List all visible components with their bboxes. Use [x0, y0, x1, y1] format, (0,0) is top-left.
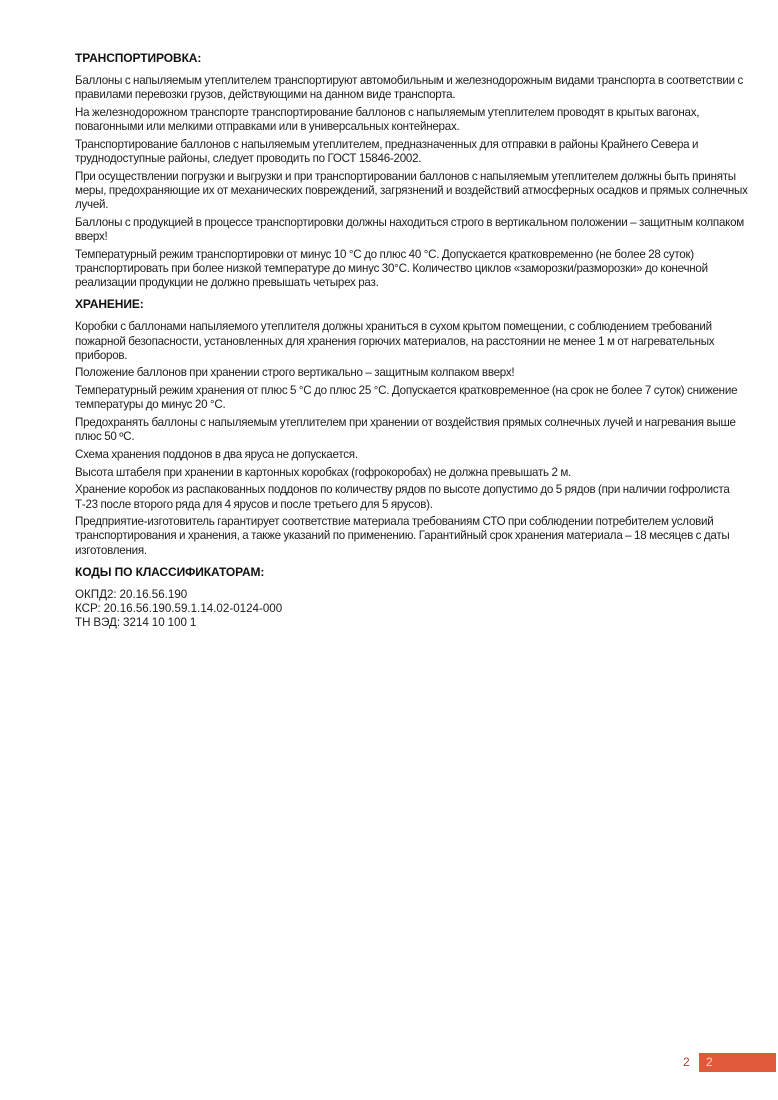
section-heading: КОДЫ ПО КЛАССИФИКАТОРАМ:	[75, 565, 755, 580]
paragraph: Коробки с баллонами напыляемого утеплите…	[75, 320, 755, 363]
paragraph: Транспортирование баллонов с напыляемым …	[75, 138, 755, 166]
code-ksr: КСР: 20.16.56.190.59.1.14.02-0124-000	[75, 602, 755, 616]
page-number-on-bar: 2	[706, 1055, 713, 1069]
paragraph: Предохранять баллоны с напыляемым утепли…	[75, 416, 755, 444]
section-storage: ХРАНЕНИЕ: Коробки с баллонами напыляемог…	[75, 297, 755, 558]
paragraph: Баллоны с напыляемым утеплителем транспо…	[75, 74, 755, 102]
paragraph: Схема хранения поддонов в два яруса не д…	[75, 448, 755, 462]
paragraph: При осуществлении погрузки и выгрузки и …	[75, 170, 755, 213]
code-okpd2: ОКПД2: 20.16.56.190	[75, 588, 755, 602]
paragraph: Предприятие-изготовитель гарантирует соо…	[75, 515, 755, 558]
paragraph: Температурный режим транспортировки от м…	[75, 248, 755, 291]
section-transportation: ТРАНСПОРТИРОВКА: Баллоны с напыляемым ут…	[75, 51, 755, 290]
codes-list: ОКПД2: 20.16.56.190 КСР: 20.16.56.190.59…	[75, 588, 755, 631]
page-number: 2	[683, 1055, 690, 1069]
paragraph: На железнодорожном транспорте транспорти…	[75, 106, 755, 134]
section-classifier-codes: КОДЫ ПО КЛАССИФИКАТОРАМ: ОКПД2: 20.16.56…	[75, 565, 755, 631]
paragraph: Баллоны с продукцией в процессе транспор…	[75, 216, 755, 244]
paragraph: Температурный режим хранения от плюс 5 °…	[75, 384, 755, 412]
section-heading: ТРАНСПОРТИРОВКА:	[75, 51, 755, 66]
paragraph: Положение баллонов при хранении строго в…	[75, 366, 755, 380]
code-tn-ved: ТН ВЭД: 3214 10 100 1	[75, 616, 755, 630]
paragraph: Хранение коробок из распакованных поддон…	[75, 483, 755, 511]
section-heading: ХРАНЕНИЕ:	[75, 297, 755, 312]
paragraph: Высота штабеля при хранении в картонных …	[75, 466, 755, 480]
document-page: ТРАНСПОРТИРОВКА: Баллоны с напыляемым ут…	[75, 51, 755, 638]
